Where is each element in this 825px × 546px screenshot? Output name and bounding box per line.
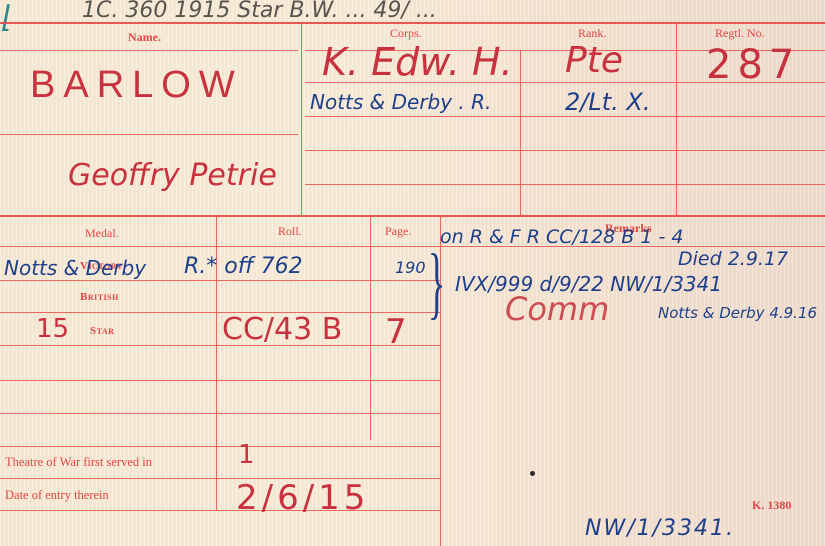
rule-mid bbox=[0, 215, 825, 217]
rule-top bbox=[0, 22, 825, 24]
form-number: K. 1380 bbox=[752, 498, 791, 513]
rule-row-3 bbox=[305, 150, 825, 151]
label-regtl-no: Regtl. No. bbox=[715, 26, 765, 41]
divider-roll-page bbox=[370, 215, 371, 440]
divider-name-corps bbox=[301, 22, 302, 215]
brace-icon: } bbox=[428, 238, 445, 329]
label-star: Star bbox=[90, 325, 114, 337]
rule-name-mid bbox=[0, 134, 298, 135]
victory-british-medal: Notts & Derby bbox=[4, 256, 146, 280]
remark-notts: Notts & Derby 4.9.16 bbox=[658, 304, 817, 322]
rule-row-4 bbox=[305, 184, 825, 185]
star-year: 15 bbox=[36, 314, 69, 344]
header-annotation: 1C. 360 1915 Star B.W. ... 49/ ... bbox=[82, 0, 437, 23]
regtl-number: 287 bbox=[706, 42, 800, 88]
rule-name-header bbox=[0, 50, 298, 51]
divider-rank-regtl bbox=[676, 22, 677, 215]
footer-reference: NW/1/3341. bbox=[585, 516, 735, 541]
remark-line1: on R & F R CC/128 B 1 - 4 bbox=[440, 226, 683, 248]
rule-medal-5 bbox=[0, 413, 440, 414]
rank-secondary: 2/Lt. X. bbox=[565, 88, 650, 116]
star-page: 7 bbox=[385, 312, 407, 352]
rule-row-2 bbox=[305, 116, 825, 117]
ink-speck bbox=[530, 471, 535, 476]
label-british: British bbox=[80, 291, 119, 303]
label-corps: Corps. bbox=[390, 26, 422, 41]
label-medal: Medal. bbox=[85, 226, 119, 241]
corner-mark: ⌊ bbox=[2, 0, 14, 35]
rule-medal-3 bbox=[0, 345, 440, 346]
divider-corps-rank bbox=[520, 50, 521, 215]
label-roll: Roll. bbox=[278, 224, 302, 239]
victory-british-page: 190 bbox=[395, 258, 426, 277]
victory-british-roll: R.* off 762 bbox=[184, 254, 303, 279]
rule-medal-7 bbox=[0, 478, 440, 479]
rule-medal-8 bbox=[0, 510, 440, 511]
rule-medal-header bbox=[0, 246, 440, 247]
label-page: Page. bbox=[385, 224, 411, 239]
corps-secondary: Notts & Derby . R. bbox=[310, 90, 491, 114]
corps-primary: K. Edw. H. bbox=[322, 40, 513, 84]
theatre-value: 1 bbox=[238, 440, 255, 470]
rank-primary: Pte bbox=[565, 40, 623, 81]
label-date-entry: Date of entry therein bbox=[5, 488, 109, 503]
date-entry-value: 2/6/15 bbox=[236, 478, 369, 518]
rule-medal-2 bbox=[0, 312, 440, 313]
rule-medal-4 bbox=[0, 380, 440, 381]
label-name: Name. bbox=[128, 30, 161, 45]
medal-index-card: 1C. 360 1915 Star B.W. ... 49/ ... ⌊ Nam… bbox=[0, 0, 825, 546]
star-roll: CC/43 B bbox=[222, 312, 342, 347]
forenames: Geoffry Petrie bbox=[68, 158, 277, 193]
label-theatre: Theatre of War first served in bbox=[5, 455, 152, 470]
remark-died: Died 2.9.17 bbox=[678, 248, 788, 270]
surname: BARLOW bbox=[30, 64, 243, 107]
rule-medal-1 bbox=[0, 280, 440, 281]
rule-medal-6 bbox=[0, 446, 440, 447]
remark-ref: IVX/999 d/9/22 NW/1/3341 bbox=[455, 272, 722, 296]
label-rank: Rank. bbox=[578, 26, 606, 41]
